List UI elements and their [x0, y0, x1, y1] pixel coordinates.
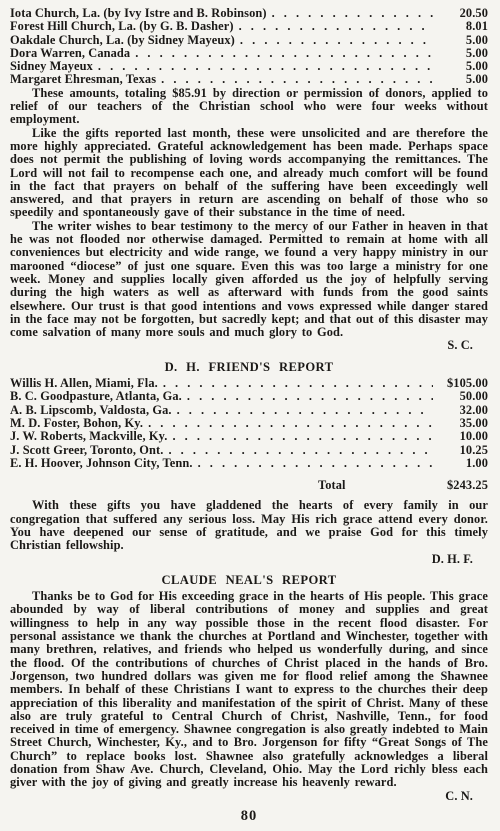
donor-name: A. B. Lipscomb, Valdosta, Ga. [10, 404, 172, 417]
dot-leader [168, 444, 433, 457]
donor-name: Dora Warren, Canada [10, 47, 130, 60]
paragraph-gifts: Like the gifts reported last month, thes… [10, 127, 488, 220]
donation-row: M. D. Foster, Bohon, Ky. 35.00 [10, 417, 488, 430]
donation-amount: 5.00 [438, 60, 488, 73]
donation-amount: 10.00 [438, 430, 488, 443]
heading-friend-report: D. H. FRIEND'S REPORT [10, 361, 488, 374]
dot-leader [98, 60, 433, 73]
donation-row: Sidney Mayeux 5.00 [10, 60, 488, 73]
donation-row: J. W. Roberts, Mackville, Ky. 10.00 [10, 430, 488, 443]
donation-amount: 8.01 [438, 20, 488, 33]
donation-amount: 35.00 [438, 417, 488, 430]
donation-amount: 1.00 [438, 457, 488, 470]
dot-leader [172, 430, 433, 443]
donation-amount: 50.00 [438, 390, 488, 403]
total-row: Total $243.25 [10, 479, 488, 492]
total-amount: $243.25 [346, 479, 488, 492]
donor-name: B. C. Goodpasture, Atlanta, Ga. [10, 390, 182, 403]
donation-row: J. Scott Greer, Toronto, Ont. 10.25 [10, 444, 488, 457]
donor-name: Iota Church, La. (by Ivy Istre and B. Ro… [10, 7, 267, 20]
donation-amount: 32.00 [438, 404, 488, 417]
printed-page: Iota Church, La. (by Ivy Istre and B. Ro… [0, 0, 500, 831]
donation-row: Oakdale Church, La. (by Sidney Mayeux) 5… [10, 34, 488, 47]
donor-name: Oakdale Church, La. (by Sidney Mayeux) [10, 34, 235, 47]
heading-neal-report: CLAUDE NEAL'S REPORT [10, 574, 488, 587]
donation-row: A. B. Lipscomb, Valdosta, Ga. 32.00 [10, 404, 488, 417]
donation-row: Willis H. Allen, Miami, Fla. $105.00 [10, 377, 488, 390]
donor-name: J. Scott Greer, Toronto, Ont. [10, 444, 163, 457]
donation-row: Forest Hill Church, La. (by G. B. Dasher… [10, 20, 488, 33]
paragraph-friend-thanks: With these gifts you have gladdened the … [10, 499, 488, 552]
dot-leader [240, 34, 433, 47]
donor-name: Forest Hill Church, La. (by G. B. Dasher… [10, 20, 234, 33]
paragraph-totals: These amounts, totaling $85.91 by direct… [10, 87, 488, 127]
donation-amount: 10.25 [438, 444, 488, 457]
dot-leader [161, 73, 433, 86]
donation-row: Iota Church, La. (by Ivy Istre and B. Ro… [10, 7, 488, 20]
dot-leader [163, 377, 433, 390]
donor-name: Margaret Ehresman, Texas [10, 73, 156, 86]
dot-leader [177, 404, 433, 417]
page-number: 80 [10, 810, 488, 823]
donation-list-friend: Willis H. Allen, Miami, Fla. $105.00 B. … [10, 377, 488, 470]
dot-leader [272, 7, 433, 20]
donation-amount: 20.50 [438, 7, 488, 20]
donation-list-relief: Iota Church, La. (by Ivy Istre and B. Ro… [10, 7, 488, 87]
total-label: Total [318, 479, 346, 492]
donation-row: E. H. Hoover, Johnson City, Tenn. 1.00 [10, 457, 488, 470]
paragraph-neal: Thanks be to God for His exceeding grace… [10, 590, 488, 789]
donor-name: E. H. Hoover, Johnson City, Tenn. [10, 457, 193, 470]
donation-row: Margaret Ehresman, Texas 5.00 [10, 73, 488, 86]
donor-name: J. W. Roberts, Mackville, Ky. [10, 430, 167, 443]
dot-leader [148, 417, 433, 430]
signature-sc: S. C. [10, 339, 488, 352]
donation-row: B. C. Goodpasture, Atlanta, Ga. 50.00 [10, 390, 488, 403]
dot-leader [198, 457, 433, 470]
signature-cn: C. N. [10, 790, 488, 803]
donor-name: M. D. Foster, Bohon, Ky. [10, 417, 143, 430]
dot-leader [187, 390, 433, 403]
donation-amount: 5.00 [438, 47, 488, 60]
donation-amount: 5.00 [438, 73, 488, 86]
dot-leader [239, 20, 433, 33]
donor-name: Willis H. Allen, Miami, Fla. [10, 377, 158, 390]
signature-dhf: D. H. F. [10, 553, 488, 566]
donation-amount: $105.00 [438, 377, 488, 390]
donation-row: Dora Warren, Canada 5.00 [10, 47, 488, 60]
donor-name: Sidney Mayeux [10, 60, 93, 73]
dot-leader [135, 47, 433, 60]
donation-amount: 5.00 [438, 34, 488, 47]
paragraph-testimony: The writer wishes to bear testimony to t… [10, 220, 488, 340]
